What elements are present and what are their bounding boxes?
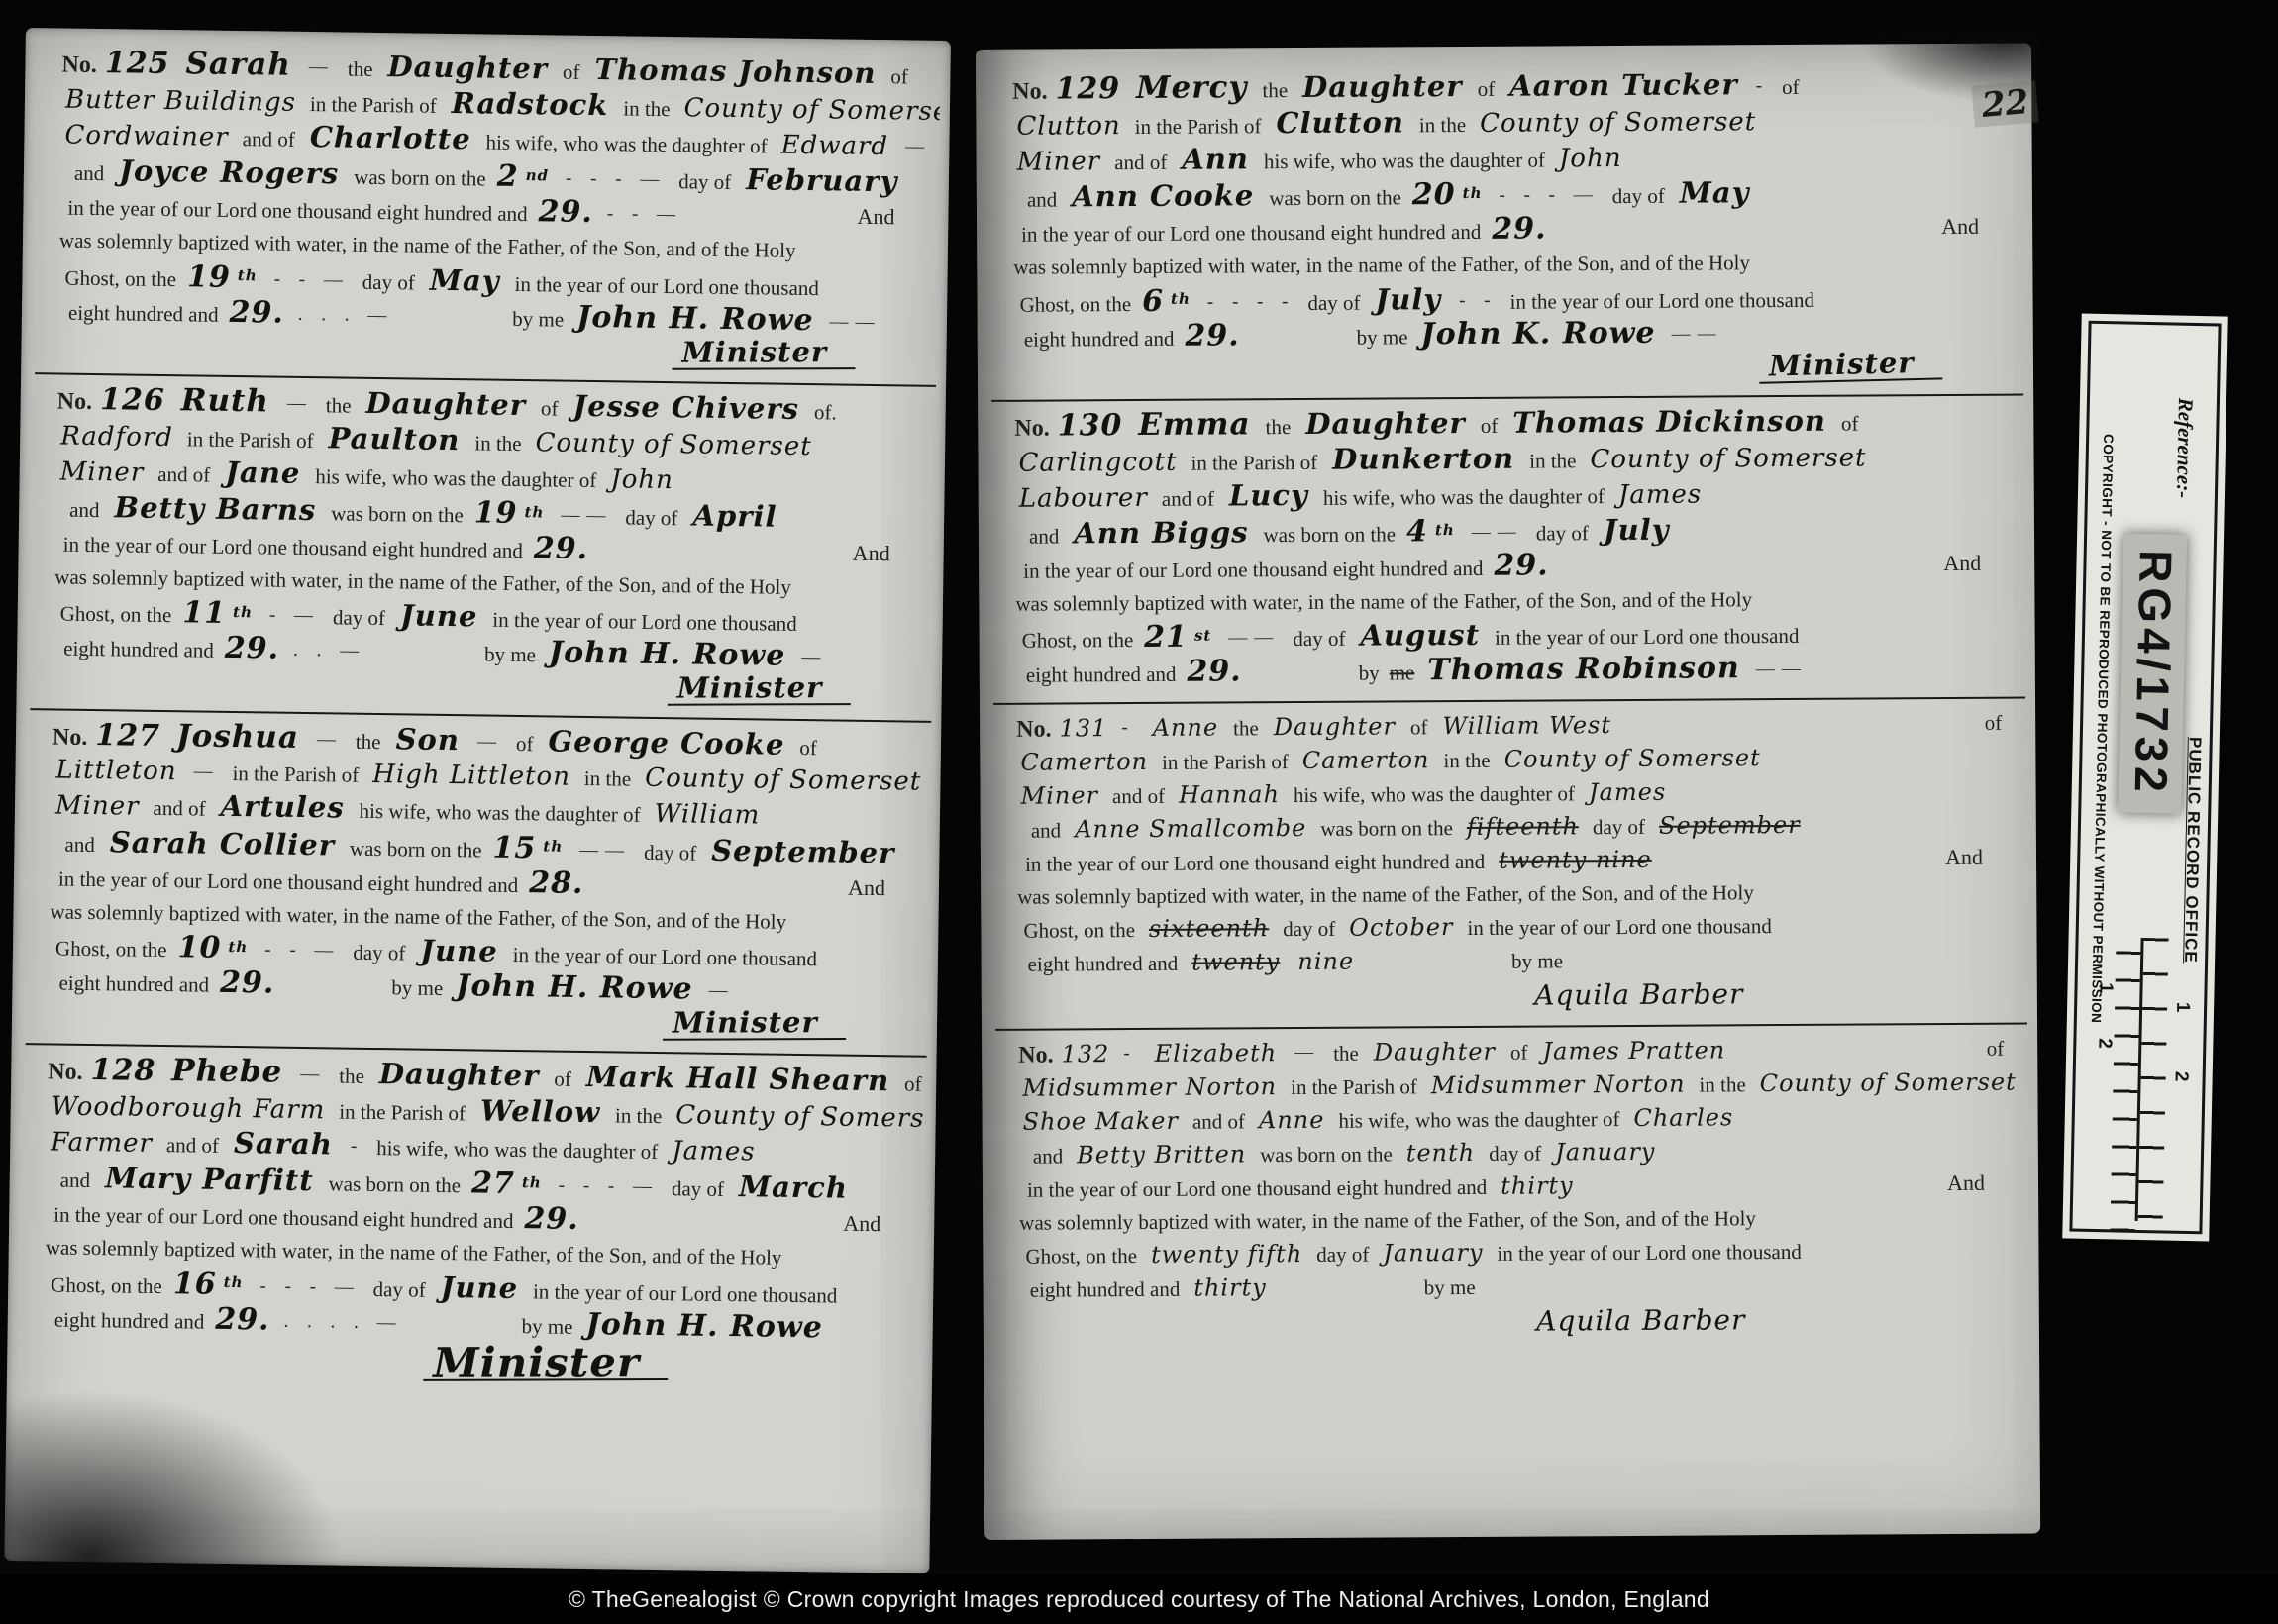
- handwritten-text: June: [400, 599, 478, 634]
- handwritten-text: Elizabeth: [1155, 1039, 1278, 1067]
- reference-number: RG4/1732: [2118, 533, 2187, 813]
- printed-form-text: day of: [625, 505, 677, 530]
- printed-form-text: And: [1941, 212, 1979, 242]
- handwritten-text: James: [1618, 479, 1702, 510]
- printed-form-text: day of: [1293, 627, 1345, 651]
- ink-dash: - - —: [607, 204, 682, 226]
- ink-dash: - - —: [274, 268, 350, 290]
- printed-form-text: his wife, who was the daughter of: [376, 1136, 658, 1164]
- handwritten-text: Shoe Maker: [1023, 1107, 1179, 1136]
- printed-form-text: day of: [362, 269, 415, 294]
- handwritten-text: 29.: [220, 965, 275, 1001]
- printed-form-text: was solemnly baptized with water, in the…: [1017, 881, 1754, 910]
- ink-dash: —: [708, 980, 734, 1001]
- handwritten-text: February: [746, 162, 897, 198]
- ruler-number: 2: [2170, 1071, 2192, 1082]
- printed-form-text: day of: [678, 170, 731, 195]
- printed-form-text: of.: [814, 400, 837, 424]
- printed-form-text: of: [1510, 1041, 1528, 1065]
- handwritten-text: 29.: [534, 531, 589, 566]
- ink-dash: —: [801, 647, 827, 667]
- signature: John H. Rowe: [456, 968, 693, 1006]
- ink-dash: -: [1123, 1043, 1136, 1064]
- minister-label: Minister: [668, 672, 851, 706]
- printed-form-text: in the Parish of: [1135, 114, 1262, 139]
- printed-form-text: eight hundred and: [54, 1307, 205, 1333]
- signature: John H. Rowe: [576, 299, 814, 337]
- printed-form-text: the: [339, 1064, 364, 1087]
- handwritten-text: th: [522, 1173, 542, 1191]
- handwritten-text: 2: [496, 159, 518, 194]
- handwritten-text: August: [1360, 618, 1480, 653]
- ink-dash: —: [300, 1064, 326, 1084]
- handwritten-text: 29.: [1494, 548, 1548, 582]
- handwritten-text: March: [739, 1169, 848, 1205]
- copyright-notice: COPYRIGHT - NOT TO BE REPRODUCED PHOTOGR…: [2089, 434, 2116, 1023]
- printed-form-text: in the Parish of: [1291, 1075, 1417, 1100]
- printed-form-text: in the Parish of: [1191, 451, 1317, 475]
- handwritten-text: Littleton: [55, 756, 176, 787]
- handwritten-text: Ann: [1182, 142, 1249, 175]
- handwritten-text: 28.: [529, 865, 584, 901]
- ink-dash: - -: [1459, 289, 1498, 310]
- printed-form-text: day of: [1612, 184, 1665, 208]
- handwritten-text: st: [1194, 627, 1211, 645]
- right-page-entries: No.129MercytheDaughterofAaron Tucker-ofC…: [976, 43, 2039, 1355]
- minister-label: Minister: [1759, 347, 1942, 383]
- handwritten-text: Miner: [55, 791, 140, 822]
- handwritten-text: thirty: [1501, 1172, 1574, 1200]
- ink-dash: ——: [1228, 627, 1280, 648]
- register-line: eight hundred andtwentynineby me: [1023, 943, 2018, 982]
- handwritten-text: County of Somerset: [1504, 744, 1761, 773]
- ink-dash: ——: [1672, 323, 1723, 344]
- printed-form-text: And: [857, 202, 894, 233]
- register-entry-129: No.129MercytheDaughterofAaron Tucker-ofC…: [989, 59, 2023, 402]
- handwritten-text: th: [228, 938, 248, 956]
- minister-label: Minister: [423, 1348, 668, 1381]
- register-entry-127: No.127Joshua—theSon—ofGeorge CookeofLitt…: [26, 710, 932, 1057]
- printed-form-text: eight hundred and: [58, 971, 209, 997]
- printed-form-text: in the: [1699, 1073, 1745, 1097]
- printed-form-text: in the Parish of: [310, 92, 437, 118]
- handwritten-text: th: [524, 503, 544, 521]
- handwritten-text: William West: [1442, 711, 1611, 740]
- ink-dash: —: [309, 56, 335, 77]
- printed-form-text: eight hundred and: [1030, 1277, 1181, 1302]
- handwritten-text: James: [1589, 778, 1666, 806]
- printed-form-text: in the: [1443, 749, 1490, 772]
- printed-form-text: No.: [61, 52, 97, 78]
- printed-form-text: and of: [157, 462, 210, 487]
- printed-form-text: was solemnly baptized with water, in the…: [50, 899, 786, 933]
- handwritten-text: July: [1604, 513, 1670, 547]
- printed-form-text: day of: [1593, 815, 1645, 839]
- handwritten-text: 128: [90, 1053, 155, 1088]
- printed-form-text: day of: [1316, 1243, 1369, 1267]
- printed-form-text: was solemnly baptized with water, in the…: [1019, 1207, 1756, 1236]
- handwritten-text: Clutton: [1016, 111, 1120, 142]
- handwritten-text: Wellow: [480, 1093, 600, 1129]
- ink-dash: - - - —: [559, 1175, 660, 1197]
- printed-form-text: was solemnly baptized with water, in the…: [59, 229, 796, 262]
- register-page-left: No.125Sarah—theDaughterofThomas Johnsono…: [4, 28, 951, 1573]
- printed-form-text: was solemnly baptized with water, in the…: [46, 1236, 782, 1269]
- printed-form-text: was solemnly baptized with water, in the…: [54, 564, 791, 598]
- printed-form-text: of: [1478, 77, 1496, 101]
- printed-form-text: day of: [644, 840, 696, 864]
- handwritten-text: 130: [1058, 408, 1123, 443]
- handwritten-text: 4: [1406, 514, 1428, 549]
- register-entry-126: No.126Ruth—theDaughterofJesse Chiversof.…: [30, 374, 936, 723]
- handwritten-text: Thomas Dickinson: [1512, 403, 1826, 439]
- handwritten-text: Miner: [1017, 147, 1101, 177]
- printed-form-text: And: [843, 1209, 880, 1240]
- printed-form-text: of: [541, 396, 559, 420]
- register-entry-125: No.125Sarah—theDaughterofThomas Johnsono…: [35, 38, 941, 386]
- ruler-numbers-top: 12: [2189, 939, 2195, 1222]
- printed-form-text: was born on the: [331, 501, 464, 527]
- register-line: Cluttonin the Parish ofCluttonin theCoun…: [1007, 104, 2012, 146]
- printed-form-text: eight hundred and: [68, 300, 219, 326]
- handwritten-text: Clutton: [1276, 105, 1404, 140]
- handwritten-text: 20: [1412, 177, 1456, 212]
- handwritten-text: twenty fifth: [1151, 1240, 1302, 1269]
- ink-dash: —: [193, 761, 219, 782]
- printed-form-text: and: [64, 832, 95, 856]
- footer-caption: © TheGenealogist © Crown copyright Image…: [569, 1586, 1709, 1613]
- printed-form-text: in the year of our Lord one thousand eig…: [53, 1203, 514, 1233]
- register-line: eight hundred and29.bymeThomas Robinson—…: [1021, 653, 2016, 693]
- handwritten-text: May: [430, 262, 500, 297]
- register-entry-131: No.131-AnnetheDaughterofWilliam WestofCa…: [993, 699, 2027, 1031]
- ink-dash: —: [477, 732, 503, 753]
- printed-form-text: the: [1333, 1042, 1359, 1066]
- handwritten-text: George Cooke: [548, 725, 784, 761]
- printed-form-text: No.: [1016, 717, 1052, 743]
- printed-form-text: of: [890, 64, 908, 88]
- handwritten-text: James Pratten: [1542, 1037, 1725, 1066]
- printed-form-text: the: [326, 393, 352, 417]
- printed-form-text: in the year of our Lord one thousand: [1495, 624, 1799, 650]
- ink-dash: . . . . —: [283, 1310, 402, 1333]
- register-line: Aquila Barber: [1015, 1304, 2019, 1345]
- printed-form-text: and of: [243, 127, 295, 152]
- handwritten-text: Edward: [780, 131, 888, 162]
- printed-form-text: in the year of our Lord one thousand: [513, 943, 818, 970]
- copyright-footer-bar: © TheGenealogist © Crown copyright Image…: [0, 1574, 2278, 1624]
- printed-form-text: the: [1233, 717, 1259, 741]
- printed-form-text: in the: [1529, 449, 1576, 472]
- printed-form-text: Ghost, on the: [64, 265, 176, 291]
- printed-form-text: was born on the: [328, 1172, 461, 1198]
- register-line: Carlingcottin the Parish ofDunkertonin t…: [1009, 440, 2014, 481]
- handwritten-text: County of Somerset: [535, 428, 811, 461]
- printed-form-text: by me: [521, 1314, 572, 1339]
- printed-form-text: in the year of our Lord one thousand: [533, 1279, 838, 1307]
- signature: Aquila Barber: [1534, 978, 1743, 1012]
- handwritten-text: th: [1435, 521, 1455, 539]
- printed-form-text: And: [853, 539, 890, 569]
- printed-form-text: Ghost, on the: [60, 602, 172, 628]
- printed-form-text: of: [904, 1071, 922, 1095]
- handwritten-text: Mercy: [1136, 69, 1247, 106]
- printed-form-text: day of: [1307, 290, 1360, 314]
- ink-dash: -: [1756, 75, 1769, 96]
- printed-form-text: of: [516, 732, 534, 756]
- printed-form-text: in the: [474, 431, 522, 456]
- handwritten-text: Phebe: [171, 1053, 282, 1090]
- ink-dash: ——: [1756, 659, 1808, 679]
- handwritten-text: 16: [173, 1267, 217, 1302]
- handwritten-text: th: [543, 838, 563, 856]
- register-line: Midsummer Nortonin the Parish ofMidsumme…: [1013, 1067, 2018, 1107]
- printed-form-text: of: [563, 60, 580, 84]
- ink-dash: ——: [561, 505, 612, 527]
- printed-form-text: his wife, who was the daughter of: [1338, 1107, 1619, 1133]
- printed-form-text: and of: [1114, 151, 1167, 174]
- handwritten-text: 126: [100, 382, 165, 418]
- handwritten-text: June: [441, 1270, 519, 1305]
- printed-form-text: in the year of our Lord one thousand eig…: [1021, 220, 1481, 247]
- handwritten-text: September: [1659, 811, 1801, 840]
- printed-form-text: day of: [672, 1177, 724, 1202]
- printed-form-text: No.: [52, 725, 88, 751]
- printed-form-text: by me: [512, 307, 564, 332]
- handwritten-text: Sarah: [185, 46, 291, 82]
- printed-form-text: his wife, who was the daughter of: [359, 799, 640, 827]
- printed-form-text: was solemnly baptized with water, in the…: [1015, 587, 1752, 616]
- handwritten-text: Ruth: [180, 382, 269, 419]
- ink-dash: - - - —: [259, 1275, 361, 1297]
- ink-dash: - - - -: [1207, 291, 1295, 313]
- printed-form-text: eight hundred and: [1026, 662, 1177, 687]
- printed-form-text: the: [1262, 78, 1288, 102]
- printed-form-text: was born on the: [1320, 816, 1453, 841]
- handwritten-text: 19: [187, 259, 231, 295]
- left-page-entries: No.125Sarah—theDaughterofThomas Johnsono…: [7, 28, 951, 1403]
- printed-form-text: was born on the: [350, 836, 482, 862]
- handwritten-text: Thomas Johnson: [594, 52, 876, 90]
- handwritten-text: 127: [95, 718, 160, 754]
- printed-form-text: And: [1947, 1168, 1985, 1198]
- handwritten-text: twenty nine: [1499, 846, 1652, 874]
- handwritten-text: January: [1555, 1138, 1655, 1167]
- handwritten-text: Labourer: [1019, 483, 1148, 514]
- printed-form-text: of: [799, 736, 817, 760]
- printed-form-text: in the Parish of: [187, 427, 314, 453]
- ink-dash: . . —: [293, 640, 365, 661]
- handwritten-text: July: [1375, 282, 1441, 316]
- handwritten-text: 29.: [215, 1301, 270, 1337]
- handwritten-text: nd: [526, 166, 550, 184]
- handwritten-text: Dunkerton: [1332, 441, 1514, 475]
- printed-form-text: and: [1029, 524, 1059, 548]
- ink-dash: - —: [269, 605, 320, 627]
- printed-form-text: in the: [623, 96, 671, 121]
- printed-form-text: the: [1266, 415, 1292, 439]
- register-line: Minister: [39, 1341, 912, 1392]
- handwritten-text: 6: [1142, 284, 1164, 319]
- printed-form-text: Ghost, on the: [1019, 292, 1131, 317]
- handwritten-text: 129: [1055, 71, 1120, 106]
- handwritten-text: Daughter: [1302, 69, 1463, 104]
- handwritten-text: Butter Buildings: [65, 85, 296, 118]
- handwritten-text: 29.: [1185, 318, 1239, 353]
- handwritten-text: Jane: [225, 456, 301, 490]
- handwritten-text: 29.: [225, 631, 280, 666]
- printed-form-text: me: [1390, 661, 1415, 685]
- handwritten-text: May: [1680, 176, 1750, 210]
- reference-label: Reference:-: [2171, 398, 2198, 499]
- printed-form-text: of: [1782, 75, 1800, 99]
- printed-form-text: by me: [1357, 325, 1408, 349]
- handwritten-text: Hannah: [1179, 780, 1280, 809]
- handwritten-text: 29.: [1187, 655, 1241, 689]
- printed-form-text: in the year of our Lord one thousand eig…: [67, 196, 528, 226]
- printed-form-text: in the: [584, 766, 632, 791]
- printed-form-text: by me: [391, 975, 443, 1000]
- handwritten-text: sixteenth: [1149, 915, 1269, 944]
- handwritten-text: 132: [1061, 1041, 1109, 1068]
- handwritten-text: Miner: [1021, 782, 1099, 810]
- handwritten-text: twenty: [1191, 948, 1280, 976]
- printed-form-text: was born on the: [1260, 1143, 1393, 1167]
- handwritten-text: Ann Biggs: [1074, 515, 1248, 550]
- printed-form-text: in the Parish of: [1162, 750, 1289, 774]
- register-line: Labourerand ofLucyhis wife, who was the …: [1010, 475, 2015, 517]
- handwritten-text: th: [1463, 184, 1483, 202]
- printed-form-text: was born on the: [1263, 522, 1396, 547]
- printed-form-text: in the: [615, 1103, 663, 1128]
- printed-form-text: And: [848, 872, 885, 903]
- printed-form-text: in the year of our Lord one thousand: [1467, 914, 1771, 940]
- minister-label: Minister: [673, 337, 856, 370]
- scan-blotch: [0, 1368, 378, 1601]
- printed-form-text: Ghost, on the: [51, 1272, 162, 1298]
- printed-form-text: was born on the: [1269, 186, 1401, 211]
- handwritten-text: Carlingcott: [1018, 447, 1177, 477]
- printed-form-text: Ghost, on the: [55, 936, 167, 962]
- printed-form-text: the: [348, 57, 373, 81]
- handwritten-text: County of Somerset: [683, 93, 940, 127]
- register-entry-128: No.128Phebe—theDaughterofMark Hall Shear…: [21, 1045, 927, 1402]
- handwritten-text: 19: [474, 495, 518, 531]
- printed-form-text: and of: [1192, 1110, 1245, 1134]
- handwritten-text: Camerton: [1020, 748, 1148, 776]
- handwritten-text: th: [224, 1273, 244, 1291]
- handwritten-text: Emma: [1138, 406, 1251, 443]
- page-number: 22: [1971, 80, 2039, 128]
- register-line: Minerand ofAnnhis wife, who was the daug…: [1008, 140, 2013, 181]
- ink-dash: ——: [829, 311, 880, 333]
- printed-form-text: in the Parish of: [339, 1099, 466, 1125]
- printed-form-text: was born on the: [354, 165, 486, 191]
- printed-form-text: in the year of our Lord one thousand eig…: [63, 533, 524, 562]
- printed-form-text: and of: [166, 1133, 219, 1158]
- printed-form-text: in the year of our Lord one thousand eig…: [1023, 557, 1483, 583]
- handwritten-text: Mary Parfitt: [105, 1162, 314, 1198]
- printed-form-text: Ghost, on the: [1022, 628, 1134, 653]
- handwritten-text: Daughter: [387, 50, 548, 85]
- printed-form-text: No.: [57, 388, 93, 414]
- ink-dash: ——: [1472, 522, 1523, 543]
- handwritten-text: 29.: [1492, 212, 1546, 247]
- ink-dash: -: [351, 1136, 364, 1157]
- handwritten-text: Mark Hall Shearn: [586, 1060, 890, 1097]
- handwritten-text: Charlotte: [310, 120, 471, 155]
- printed-form-text: his wife, who was the daughter of: [1264, 148, 1545, 173]
- printed-form-text: the: [356, 730, 381, 754]
- printed-form-text: by me: [484, 643, 536, 667]
- ruler-ticks-top: [2138, 938, 2169, 1221]
- printed-form-text: and of: [1162, 486, 1214, 510]
- handwritten-text: 125: [105, 46, 170, 81]
- handwritten-text: October: [1349, 913, 1453, 942]
- printed-form-text: and: [1027, 188, 1057, 212]
- handwritten-text: 10: [177, 930, 221, 965]
- signature: John H. Rowe: [549, 636, 786, 673]
- ink-dash: ——: [579, 840, 631, 862]
- printed-form-text: in the year of our Lord one thousand eig…: [58, 866, 519, 896]
- handwritten-text: Aaron Tucker: [1509, 67, 1738, 102]
- handwritten-text: John: [1559, 144, 1622, 173]
- handwritten-text: Midsummer Norton: [1022, 1072, 1277, 1102]
- printed-form-text: in the Parish of: [232, 761, 359, 787]
- handwritten-text: Ann Cooke: [1072, 179, 1254, 214]
- printed-form-text: eight hundred and: [1028, 952, 1179, 976]
- handwritten-text: Woodborough Farm: [52, 1091, 326, 1125]
- register-line: Aquila Barber: [1013, 978, 2018, 1019]
- handwritten-text: Farmer: [51, 1127, 153, 1158]
- handwritten-text: Son: [395, 723, 460, 758]
- ink-dash: . . . —: [298, 304, 394, 326]
- printed-form-text: And: [1945, 843, 1983, 872]
- handwritten-text: Midsummer Norton: [1431, 1070, 1686, 1100]
- handwritten-text: Artules: [220, 789, 345, 825]
- handwritten-text: Miner: [60, 457, 145, 487]
- signature: John K. Rowe: [1420, 315, 1655, 351]
- handwritten-text: thirty: [1193, 1274, 1267, 1302]
- ink-dash: - - —: [264, 939, 340, 961]
- register-line: No.130EmmatheDaughterofThomas Dickinsono…: [1009, 404, 2014, 446]
- handwritten-text: Daughter: [1305, 406, 1466, 441]
- handwritten-text: January: [1383, 1239, 1483, 1268]
- handwritten-text: 29.: [229, 295, 284, 331]
- handwritten-text: Paulton: [328, 421, 460, 457]
- ink-dash: -: [1121, 717, 1134, 738]
- handwritten-text: County of Somerset: [645, 763, 921, 797]
- handwritten-text: James: [672, 1136, 756, 1167]
- ruler-number: 2: [2093, 1038, 2115, 1049]
- printed-form-text: day of: [333, 606, 385, 631]
- handwritten-text: Betty Barns: [114, 490, 316, 527]
- handwritten-text: John: [610, 464, 673, 495]
- handwritten-text: High Littleton: [372, 760, 570, 792]
- handwritten-text: Jesse Chivers: [572, 388, 799, 425]
- printed-form-text: and of: [153, 796, 205, 821]
- handwritten-text: September: [711, 833, 895, 869]
- handwritten-text: Anne: [1153, 714, 1219, 742]
- printed-form-text: in the year of our Lord one thousand: [492, 608, 797, 636]
- reference-strip-rotated-content: PUBLIC RECORD OFFICE Reference:- RG4/173…: [2078, 331, 2214, 1224]
- printed-form-text: No.: [48, 1059, 83, 1084]
- ink-dash: —: [317, 729, 343, 750]
- printed-form-text: of: [554, 1067, 571, 1091]
- minister-label: Minister: [663, 1007, 846, 1041]
- printed-form-text: eight hundred and: [63, 637, 214, 662]
- printed-form-text: by me: [1511, 950, 1563, 973]
